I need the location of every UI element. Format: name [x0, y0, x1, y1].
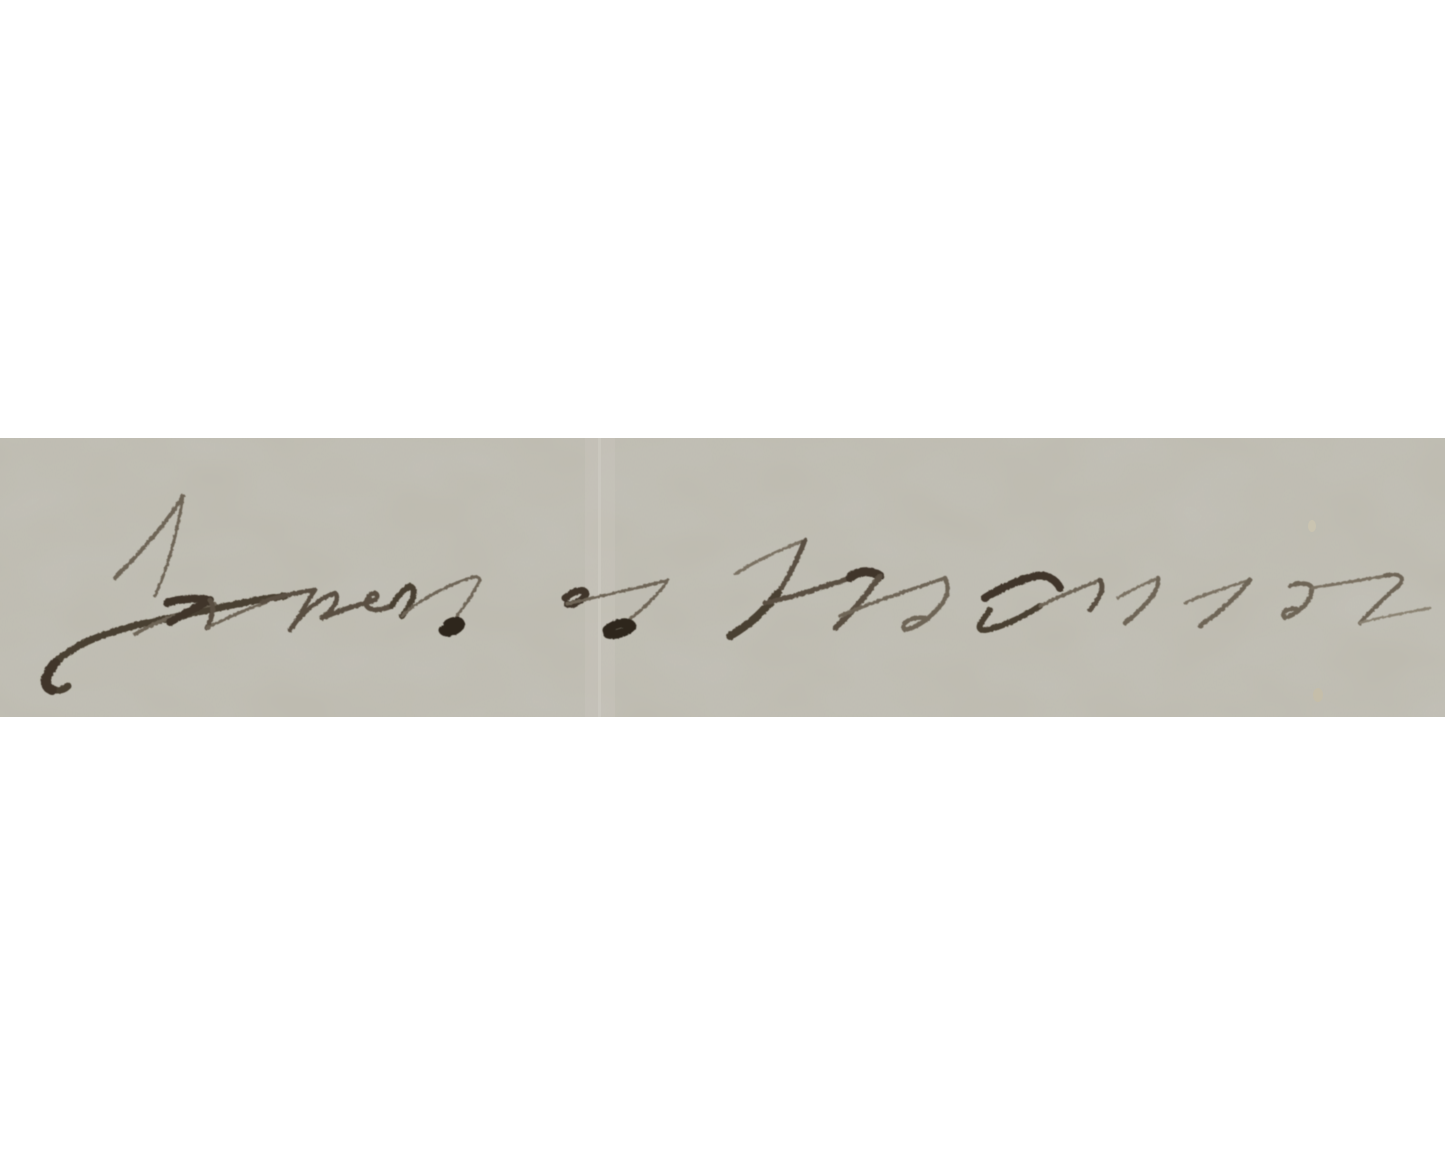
signature-artwork [0, 438, 1445, 717]
signature-paper-strip: James Monroe [0, 438, 1445, 717]
